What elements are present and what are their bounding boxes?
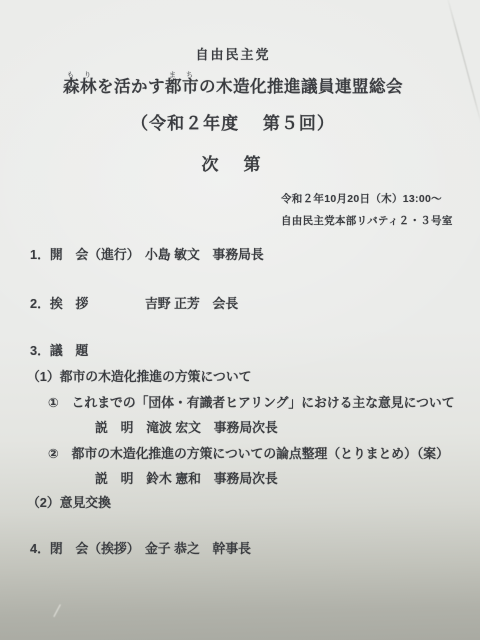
agenda-topic-summary: ② 都市の木造化推進の方策についての論点整理（とりまとめ）（案） xyxy=(0,443,480,461)
agenda-item-closing-person: 金子 恭之 幹事長 xyxy=(145,538,251,557)
title-seg-city: 都市 xyxy=(165,78,199,96)
paper-crease-mark xyxy=(53,604,69,622)
agenda-item-opening-person: 小島 敏文 事務局長 xyxy=(145,244,264,263)
title-seg-ikasu: を活かす xyxy=(97,78,165,96)
agenda-item-topics-label: 3．議 題 xyxy=(30,340,88,359)
title-furigana-mori: もり xyxy=(63,72,97,79)
agenda-topic-hearing-speaker-label: 説 明 滝波 宏文 事務局次長 xyxy=(95,417,278,436)
title-seg-forest: 森林 xyxy=(63,78,97,96)
agenda-item-topics: 3．議 題 xyxy=(0,340,480,358)
agenda-subitem-policy-label: （1）都市の木造化推進の方策について xyxy=(27,366,251,385)
meeting-meta: 令和２年10月20日（木）13:00～ 自由民主党本部リバティ２・３号室 xyxy=(281,189,453,232)
agenda-topic-hearing-speaker: 説 明 滝波 宏文 事務局次長 xyxy=(0,417,480,435)
agenda-topic-hearing-label: ① これまでの「団体・有識者ヒアリング」における主な意見について xyxy=(48,392,455,411)
title-ruby-city: 都市まち xyxy=(165,78,199,96)
title-seg-league: の木造化推進議員連盟総会 xyxy=(199,78,403,96)
title-furigana-machi: まち xyxy=(165,72,199,79)
agenda-item-opening-label: 1．開 会（進行） xyxy=(30,244,140,263)
agenda-subitem-exchange: （2）意見交換 xyxy=(0,492,480,510)
agenda-document-photo: 自由民主党 森林もりを活かす都市まちの木造化推進議員連盟総会 （令和２年度 第５… xyxy=(0,0,480,640)
agenda-subitem-policy: （1）都市の木造化推進の方策について xyxy=(0,366,480,384)
agenda-topic-summary-label: ② 都市の木造化推進の方策についての論点整理（とりまとめ）（案） xyxy=(48,443,449,462)
title-ruby-forest: 森林もり xyxy=(63,78,97,96)
agenda-topic-hearing: ① これまでの「団体・有識者ヒアリング」における主な意見について xyxy=(0,392,480,410)
agenda-topic-summary-speaker-label: 説 明 鈴木 憲和 事務局次長 xyxy=(95,468,278,487)
agenda-item-opening: 1．開 会（進行） 小島 敏文 事務局長 xyxy=(0,244,480,262)
agenda-item-closing: 4．閉 会（挨拶） 金子 恭之 幹事長 xyxy=(0,538,480,556)
agenda-item-closing-label: 4．閉 会（挨拶） xyxy=(30,538,140,557)
agenda-subitem-exchange-label: （2）意見交換 xyxy=(27,492,111,511)
agenda-item-greeting: 2．挨 拶 吉野 正芳 会長 xyxy=(0,293,480,311)
meeting-datetime: 令和２年10月20日（木）13:00～ xyxy=(281,189,453,211)
agenda-item-greeting-person: 吉野 正芳 会長 xyxy=(145,293,238,312)
agenda-topic-summary-speaker: 説 明 鈴木 憲和 事務局次長 xyxy=(0,468,480,486)
agenda-heading: 次 第 xyxy=(0,150,466,175)
meeting-venue: 自由民主党本部リバティ２・３号室 xyxy=(281,211,453,233)
agenda-item-greeting-label: 2．挨 拶 xyxy=(30,293,88,312)
meeting-session: （令和２年度 第５回） xyxy=(0,109,466,134)
page-title: 森林もりを活かす都市まちの木造化推進議員連盟総会 xyxy=(0,72,466,101)
org-name: 自由民主党 xyxy=(0,44,466,63)
